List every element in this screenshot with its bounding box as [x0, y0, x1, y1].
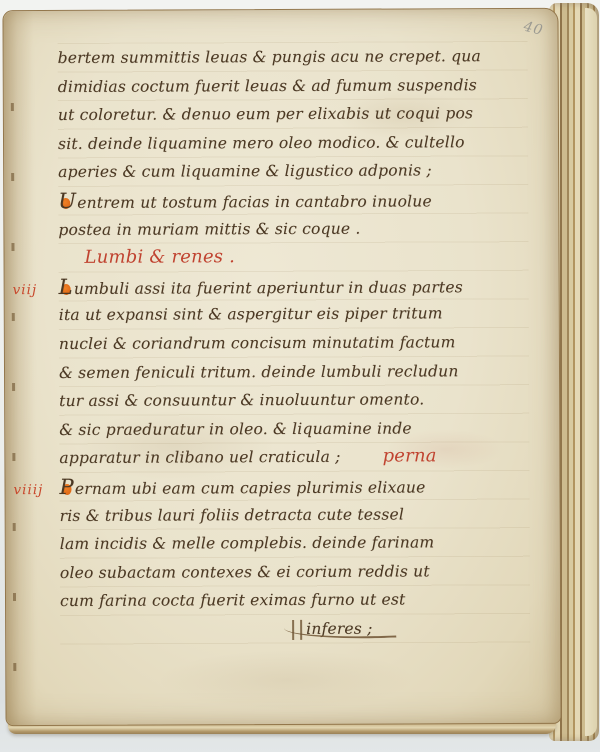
line-text: & sic praeduratur in oleo. & liquamine i… [59, 419, 412, 439]
line-text: postea in muriam mittis & sic coque . [58, 219, 360, 238]
manuscript-line: tur assi & consuuntur & inuoluuntur omen… [59, 386, 529, 417]
manuscript-line: inferes ; [60, 615, 530, 646]
line-text: umbuli assi ita fuerint aperiuntur in du… [74, 278, 463, 298]
manuscript-line: aperies & cum liquamine & ligustico adpo… [58, 157, 528, 188]
line-text: cum farina cocta fuerit eximas furno ut … [60, 591, 406, 611]
rubric-line: Lumbi & renes . [58, 243, 528, 274]
line-text: entrem ut tostum facias in cantabro inuo… [77, 192, 432, 212]
manuscript-line: apparatur in clibano uel craticula ;pern… [59, 443, 529, 474]
folio-number: 40 [522, 19, 545, 39]
manuscript-line: Uentrem ut tostum facias in cantabro inu… [58, 186, 528, 217]
manuscript-line: sit. deinde liquamine mero oleo modico. … [58, 129, 528, 160]
manuscript-photo: { "page": { "folio_number": "40", "parch… [0, 0, 600, 752]
manuscript-line: oleo subactam contexes & ei corium reddi… [60, 558, 530, 589]
line-text: sit. deinde liquamine mero oleo modico. … [58, 133, 465, 153]
decorated-initial: L [59, 274, 73, 300]
line-text: & semen feniculi tritum. deinde lumbuli … [59, 362, 459, 382]
book-fore-edge-highlight [585, 8, 597, 736]
line-text: bertem summittis leuas & pungis acu ne c… [58, 47, 481, 67]
text-block: bertem summittis leuas & pungis acu ne c… [58, 41, 531, 646]
decorated-initial: P [59, 474, 73, 500]
binding-gutter [3, 11, 36, 725]
margin-numeral: viiij [13, 477, 43, 503]
line-text: Lumbi & renes . [84, 246, 235, 268]
manuscript-line: & semen feniculi tritum. deinde lumbuli … [59, 357, 529, 388]
line-text: lam incidis & melle complebis. deinde fa… [60, 533, 435, 553]
rubric-inline: perna [383, 446, 437, 467]
manuscript-line: postea in muriam mittis & sic coque . [58, 214, 528, 245]
line-text: nuclei & coriandrum concisum minutatim f… [59, 333, 456, 353]
parchment-stain [156, 649, 416, 710]
manuscript-line: nuclei & coriandrum concisum minutatim f… [59, 329, 529, 360]
line-text: tur assi & consuuntur & inuoluuntur omen… [59, 391, 424, 411]
manuscript-line: cum farina cocta fuerit eximas furno ut … [60, 586, 530, 617]
line-text: ut coloretur. & denuo eum per elixabis u… [58, 104, 473, 124]
line-text: dimidias coctum fuerit leuas & ad fumum … [58, 76, 477, 96]
manuscript-line: viiijPernam ubi eam cum capies plurimis … [59, 472, 529, 503]
line-text: oleo subactam contexes & ei corium reddi… [60, 562, 430, 582]
decorated-initial: U [58, 188, 76, 214]
margin-numeral: viij [13, 277, 38, 303]
manuscript-line: ut coloretur. & denuo eum per elixabis u… [58, 100, 528, 131]
line-text: aperies & cum liquamine & ligustico adpo… [58, 162, 432, 182]
manuscript-page: 40 bertem summittis leuas & pungis acu n… [2, 8, 561, 726]
manuscript-line: & sic praeduratur in oleo. & liquamine i… [59, 415, 529, 446]
manuscript-line: bertem summittis leuas & pungis acu ne c… [58, 43, 528, 74]
line-text: apparatur in clibano uel craticula ; [59, 448, 340, 467]
manuscript-line: dimidias coctum fuerit leuas & ad fumum … [58, 72, 528, 103]
manuscript-line: ris & tribus lauri foliis detracta cute … [60, 500, 530, 531]
line-text: ita ut expansi sint & aspergitur eis pip… [59, 305, 443, 325]
line-text: ernam ubi eam cum capies plurimis elixau… [75, 478, 426, 498]
line-text: ris & tribus lauri foliis detracta cute … [60, 505, 404, 525]
manuscript-line: lam incidis & melle complebis. deinde fa… [60, 529, 530, 560]
line-text: inferes ; [306, 619, 372, 637]
manuscript-line: viijLumbuli assi ita fuerint aperiuntur … [59, 272, 529, 303]
manuscript-line: ita ut expansi sint & aspergitur eis pip… [59, 300, 529, 331]
